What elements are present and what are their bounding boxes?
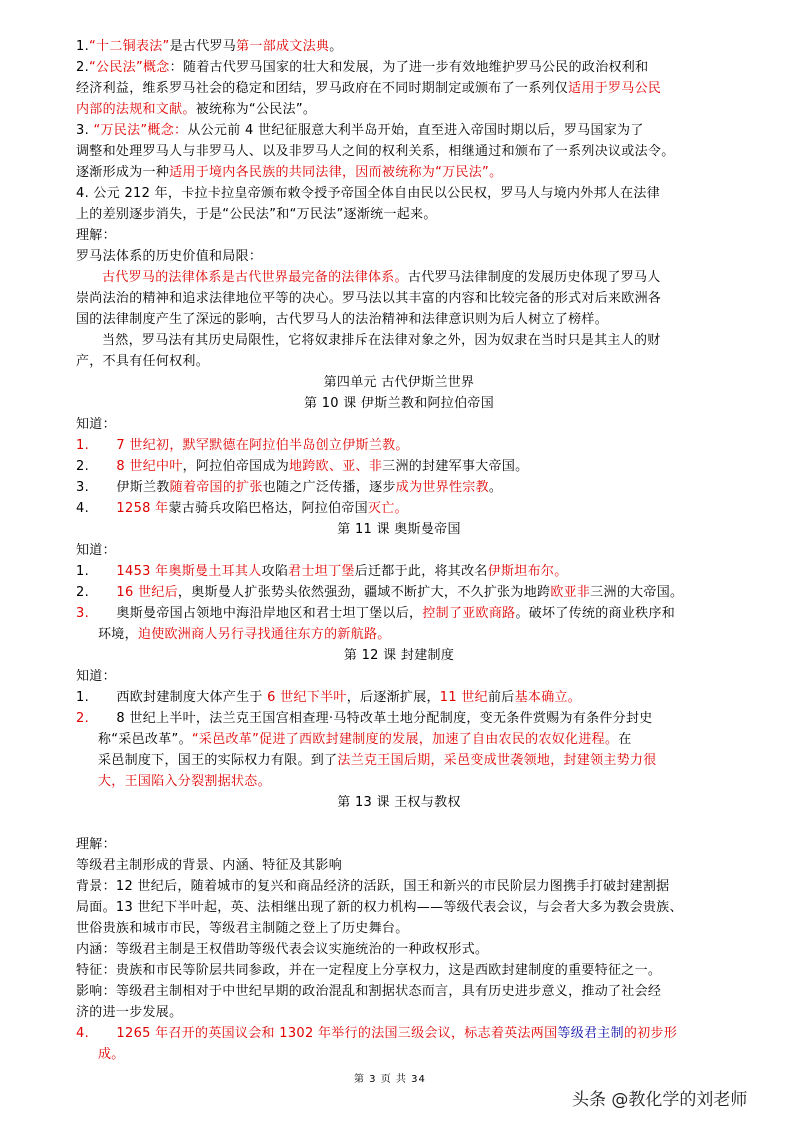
text-segment: 攻陷 <box>262 564 289 579</box>
text-segment: 称“采邑改革”。 <box>98 732 192 747</box>
highlighted-text: 成。 <box>98 1047 125 1062</box>
text-line: 罗马法体系的历史价值和局限： <box>76 246 722 267</box>
text-segment: 伊斯兰教 <box>112 480 170 495</box>
text-segment: ，后逐渐扩展， <box>347 690 440 705</box>
text-line: 理解： <box>76 834 722 855</box>
text-line: 经济利益，维系罗马社会的稳定和团结，罗马政府在不同时期制定或颁布了一系列仅适用于… <box>76 78 722 99</box>
text-segment: 经济利益，维系罗马社会的稳定和团结，罗马政府在不同时期制定或颁布了一系列仅 <box>76 81 568 96</box>
text-segment: 后迁都于此，将其改名 <box>355 564 488 579</box>
highlighted-text: “公民法”概念 <box>89 60 170 75</box>
section-heading: 第 10 课 伊斯兰教和阿拉伯帝国 <box>76 393 722 414</box>
text-segment: 被统称为“公民法”。 <box>196 102 316 117</box>
text-line: 3. 伊斯兰教随着帝国的扩张也随之广泛传播，逐步成为世界性宗教。 <box>76 477 722 498</box>
text-line: 称“采邑改革”。“采邑改革”促进了西欧封建制度的发展，加速了自由农民的农奴化进程… <box>76 729 722 750</box>
text-segment: 蒙古骑兵攻陷巴格达，阿拉伯帝国 <box>168 501 368 516</box>
list-number: 4. <box>76 1023 112 1044</box>
text-segment: 特征：贵族和市民等阶层共同参政，并在一定程度上分享权力，这是西欧封建制度的重要特… <box>76 963 661 978</box>
highlighted-text: 君士坦丁堡 <box>288 564 355 579</box>
text-segment: 2. <box>76 60 89 75</box>
highlighted-text: 灭亡。 <box>368 501 408 516</box>
highlighted-text: 8 世纪中叶 <box>112 459 183 474</box>
text-segment: 。 <box>329 39 342 54</box>
text-segment: 背景：12 世纪后，随着城市的复兴和商品经济的活跃，国王和新兴的市民阶层力图携手… <box>76 879 669 894</box>
text-line: 国的法律制度产生了深远的影响，古代罗马人的法治精神和法律意识则为后人树立了榜样。 <box>76 309 722 330</box>
text-segment: 当然，罗马法有其历史局限性，它将奴隶排斥在法律对象之外，因为奴隶在当时只是其主人… <box>102 333 661 348</box>
text-line: 等级君主制形成的背景、内涵、特征及其影响 <box>76 855 722 876</box>
highlighted-text: 基本确立。 <box>515 690 582 705</box>
text-segment: 奥斯曼帝国占领地中海沿岸地区和君士坦丁堡以后， <box>112 606 422 621</box>
highlighted-text: “万民法”概念： <box>93 123 187 138</box>
text-line: 知道： <box>76 666 722 687</box>
highlighted-text: 伊斯坦布尔。 <box>488 564 568 579</box>
text-line: 世俗贵族和城市市民，等级君主制随之登上了历史舞台。 <box>76 918 722 939</box>
text-segment: 产，不具有任何权利。 <box>76 354 209 369</box>
highlighted-text: 适用于罗马公民 <box>568 81 661 96</box>
text-segment: ：随着古代罗马国家的壮大和发展，为了进一步有效地维护罗马公民的政治权利和 <box>170 60 649 75</box>
text-segment: 从公元前 4 世纪征服意大利半岛开始，直至进入帝国时期以后，罗马国家为了 <box>187 123 643 138</box>
text-segment: 前后 <box>488 690 515 705</box>
text-segment: 理解： <box>76 228 116 243</box>
highlighted-text: 内部的法规和文献。 <box>76 102 196 117</box>
text-segment: 8 世纪上半叶，法兰克王国宫相查理·马特改革土地分配制度，变无条件赏赐为有条件分… <box>112 711 653 726</box>
highlighted-text: 1265 年召开的英国议会和 1302 年举行的法国三级会议，标志着英法两国 <box>112 1026 557 1041</box>
text-segment: 影响：等级君主制相对于中世纪早期的政治混乱和割据状态而言，具有历史进步意义，推动… <box>76 984 661 999</box>
highlighted-text: 第一部成文法典 <box>236 39 329 54</box>
text-segment: 理解： <box>76 837 116 852</box>
highlighted-text: 适用于境内各民族的共同法律，因而被统称为“万民法”。 <box>169 165 502 180</box>
text-segment: 世俗贵族和城市市民，等级君主制随之登上了历史舞台。 <box>76 921 409 936</box>
text-line: 局面。13 世纪下半叶起，英、法相继出现了新的权力机构——等级代表会议，与会者大… <box>76 897 722 918</box>
text-segment: 在 <box>618 732 631 747</box>
text-segment: 知道： <box>76 543 116 558</box>
text-segment: 古代罗马法律制度的发展历史体现了罗马人 <box>408 270 661 285</box>
text-segment: 济的进一步发展。 <box>76 1005 182 1020</box>
text-line: 济的进一步发展。 <box>76 1002 722 1023</box>
text-segment: 第四单元 古代伊斯兰世界 <box>324 375 475 390</box>
text-line: 1.“十二铜表法”是古代罗马第一部成文法典。 <box>76 36 722 57</box>
text-segment: 1. <box>76 39 89 54</box>
list-number: 4. <box>76 498 112 519</box>
list-number: 2. <box>76 708 112 729</box>
text-line: 调整和处理罗马人与非罗马人、以及非罗马人之间的权利关系，相继通过和颁布了一系列决… <box>76 141 722 162</box>
text-segment: 第 12 课 封建制度 <box>344 648 454 663</box>
list-number: 2. <box>76 582 112 603</box>
page-number-footer: 第 3 页 共 34 <box>354 1070 426 1085</box>
highlighted-text: 大，王国陷入分裂割据状态。 <box>98 774 271 789</box>
text-segment: 三洲的封建军事大帝国。 <box>382 459 528 474</box>
section-heading: 第四单元 古代伊斯兰世界 <box>76 372 722 393</box>
text-line: 4. 公元 212 年，卡拉卡拉皇帝颁布敕令授予帝国全体自由民以公民权，罗马人与… <box>76 183 722 204</box>
text-segment: 国的法律制度产生了深远的影响，古代罗马人的法治精神和法律意识则为后人树立了榜样。 <box>76 312 608 327</box>
text-line: 环境，迫使欧洲商人另行寻找通往东方的新航路。 <box>76 624 722 645</box>
text-segment: 4. 公元 212 年，卡拉卡拉皇帝颁布敕令授予帝国全体自由民以公民权，罗马人与… <box>76 186 660 201</box>
highlighted-text: 控制了亚欧商路 <box>422 606 515 621</box>
list-number: 1. <box>76 435 112 456</box>
text-segment: 。 <box>489 480 502 495</box>
text-segment: 。破坏了传统的商业秩序和 <box>515 606 675 621</box>
text-segment: 是古代罗马 <box>170 39 237 54</box>
text-line: 理解： <box>76 225 722 246</box>
text-line: 古代罗马的法律体系是古代世界最完备的法律体系。古代罗马法律制度的发展历史体现了罗… <box>76 267 722 288</box>
text-line: 知道： <box>76 540 722 561</box>
text-line: 4. 1265 年召开的英国议会和 1302 年举行的法国三级会议，标志着英法两… <box>76 1023 722 1044</box>
highlighted-text: “十二铜表法” <box>89 39 170 54</box>
text-segment: 第 13 课 王权与教权 <box>337 795 461 810</box>
text-segment: 知道： <box>76 417 116 432</box>
text-segment: 西欧封建制度大体产生于 <box>112 690 267 705</box>
list-number: 2. <box>76 456 112 477</box>
text-segment: 也随之广泛传播，逐步 <box>263 480 396 495</box>
text-line: 2.“公民法”概念：随着古代罗马国家的壮大和发展，为了进一步有效地维护罗马公民的… <box>76 57 722 78</box>
highlighted-text: 的初步形 <box>624 1026 677 1041</box>
text-line: 2. 8 世纪中叶，阿拉伯帝国成为地跨欧、亚、非三洲的封建军事大帝国。 <box>76 456 722 477</box>
highlighted-text: 11 世纪 <box>440 690 488 705</box>
text-segment: 第 11 课 奥斯曼帝国 <box>337 522 461 537</box>
text-line: 1. 7 世纪初，默罕默德在阿拉伯半岛创立伊斯兰教。 <box>76 435 722 456</box>
section-heading: 第 13 课 王权与教权 <box>76 792 722 813</box>
text-line: 4. 1258 年蒙古骑兵攻陷巴格达，阿拉伯帝国灭亡。 <box>76 498 722 519</box>
text-line: 大，王国陷入分裂割据状态。 <box>76 771 722 792</box>
text-segment: 采邑制度下，国王的实际权力有限。到了 <box>98 753 337 768</box>
highlighted-text: 1453 年奥斯曼土耳其人 <box>112 564 262 579</box>
text-line: 3. 奥斯曼帝国占领地中海沿岸地区和君士坦丁堡以后，控制了亚欧商路。破坏了传统的… <box>76 603 722 624</box>
text-segment: 知道： <box>76 669 116 684</box>
text-segment: 局面。13 世纪下半叶起，英、法相继出现了新的权力机构——等级代表会议，与会者大… <box>76 900 683 915</box>
list-number: 3. <box>76 603 112 624</box>
text-line: 逐渐形成为一种适用于境内各民族的共同法律，因而被统称为“万民法”。 <box>76 162 722 183</box>
highlighted-text: 地跨欧、亚、非 <box>289 459 382 474</box>
text-line: 2. 16 世纪后，奥斯曼人扩张势头依然强劲，疆域不断扩大，不久扩张为地跨欧亚非… <box>76 582 722 603</box>
text-segment: 第 10 课 伊斯兰教和阿拉伯帝国 <box>304 396 494 411</box>
highlighted-text: 欧亚非 <box>550 585 590 600</box>
highlighted-text: 1258 年 <box>112 501 168 516</box>
text-line: 知道： <box>76 414 722 435</box>
text-line: 1. 西欧封建制度大体产生于 6 世纪下半叶，后逐渐扩展，11 世纪前后基本确立… <box>76 687 722 708</box>
list-number: 1. <box>76 561 112 582</box>
list-number: 1. <box>76 687 112 708</box>
highlighted-text: 成为世界性宗教 <box>396 480 489 495</box>
text-segment: 调整和处理罗马人与非罗马人、以及非罗马人之间的权利关系，相继通过和颁布了一系列决… <box>76 144 675 159</box>
text-line: 2. 8 世纪上半叶，法兰克王国宫相查理·马特改革土地分配制度，变无条件赏赐为有… <box>76 708 722 729</box>
text-line: 上的差别逐步消失，于是“公民法”和“万民法”逐渐统一起来。 <box>76 204 722 225</box>
text-line: 采邑制度下，国王的实际权力有限。到了法兰克王国后期，采邑变成世袭领地，封建领主势… <box>76 750 722 771</box>
text-line: 产，不具有任何权利。 <box>76 351 722 372</box>
text-segment: ，阿拉伯帝国成为 <box>183 459 289 474</box>
text-segment: 上的差别逐步消失，于是“公民法”和“万民法”逐渐统一起来。 <box>76 207 437 222</box>
text-line: 背景：12 世纪后，随着城市的复兴和商品经济的活跃，国王和新兴的市民阶层力图携手… <box>76 876 722 897</box>
text-segment: 三洲的大帝国。 <box>590 585 683 600</box>
document-page: 1.“十二铜表法”是古代罗马第一部成文法典。2.“公民法”概念：随着古代罗马国家… <box>76 36 722 1065</box>
text-line: 影响：等级君主制相对于中世纪早期的政治混乱和割据状态而言，具有历史进步意义，推动… <box>76 981 722 1002</box>
highlighted-text: 迫使欧洲商人另行寻找通往东方的新航路。 <box>138 627 391 642</box>
highlighted-text: 7 世纪初，默罕默德在阿拉伯半岛创立伊斯兰教。 <box>112 438 409 453</box>
list-number: 3. <box>76 477 112 498</box>
text-segment: 逐渐形成为一种 <box>76 165 169 180</box>
text-line: 3. “万民法”概念：从公元前 4 世纪征服意大利半岛开始，直至进入帝国时期以后… <box>76 120 722 141</box>
section-heading: 第 11 课 奥斯曼帝国 <box>76 519 722 540</box>
text-line: 崇尚法治的精神和追求法律地位平等的决心。罗马法以其丰富的内容和比较完备的形式对后… <box>76 288 722 309</box>
text-segment: ，奥斯曼人扩张势头依然强劲，疆域不断扩大，不久扩张为地跨 <box>178 585 550 600</box>
text-line: 内涵：等级君主制是王权借助等级代表会议实施统治的一种政权形式。 <box>76 939 722 960</box>
watermark: 头条 @教化学的刘老师 <box>572 1085 747 1110</box>
highlighted-text: 法兰克王国后期，采邑变成世袭领地，封建领主势力很 <box>337 753 656 768</box>
text-segment: 环境， <box>98 627 138 642</box>
highlighted-text: 16 世纪后 <box>112 585 178 600</box>
blank-line <box>76 813 722 834</box>
text-line: 特征：贵族和市民等阶层共同参政，并在一定程度上分享权力，这是西欧封建制度的重要特… <box>76 960 722 981</box>
text-segment: 崇尚法治的精神和追求法律地位平等的决心。罗马法以其丰富的内容和比较完备的形式对后… <box>76 291 661 306</box>
highlighted-text: 6 世纪下半叶 <box>267 690 347 705</box>
text-line: 成。 <box>76 1044 722 1065</box>
text-segment: 等级君主制形成的背景、内涵、特征及其影响 <box>76 858 342 873</box>
blue-text: 等级君主制 <box>557 1026 624 1041</box>
text-line: 1. 1453 年奥斯曼土耳其人攻陷君士坦丁堡后迁都于此，将其改名伊斯坦布尔。 <box>76 561 722 582</box>
text-line: 当然，罗马法有其历史局限性，它将奴隶排斥在法律对象之外，因为奴隶在当时只是其主人… <box>76 330 722 351</box>
highlighted-text: “采邑改革”促进了西欧封建制度的发展，加速了自由农民的农奴化进程。 <box>192 732 618 747</box>
section-heading: 第 12 课 封建制度 <box>76 645 722 666</box>
highlighted-text: 随着帝国的扩张 <box>170 480 263 495</box>
text-line: 内部的法规和文献。被统称为“公民法”。 <box>76 99 722 120</box>
text-segment: 内涵：等级君主制是王权借助等级代表会议实施统治的一种政权形式。 <box>76 942 488 957</box>
text-segment: 3. <box>76 123 93 138</box>
highlighted-text: 古代罗马的法律体系是古代世界最完备的法律体系。 <box>102 270 408 285</box>
text-segment: 罗马法体系的历史价值和局限： <box>76 249 262 264</box>
